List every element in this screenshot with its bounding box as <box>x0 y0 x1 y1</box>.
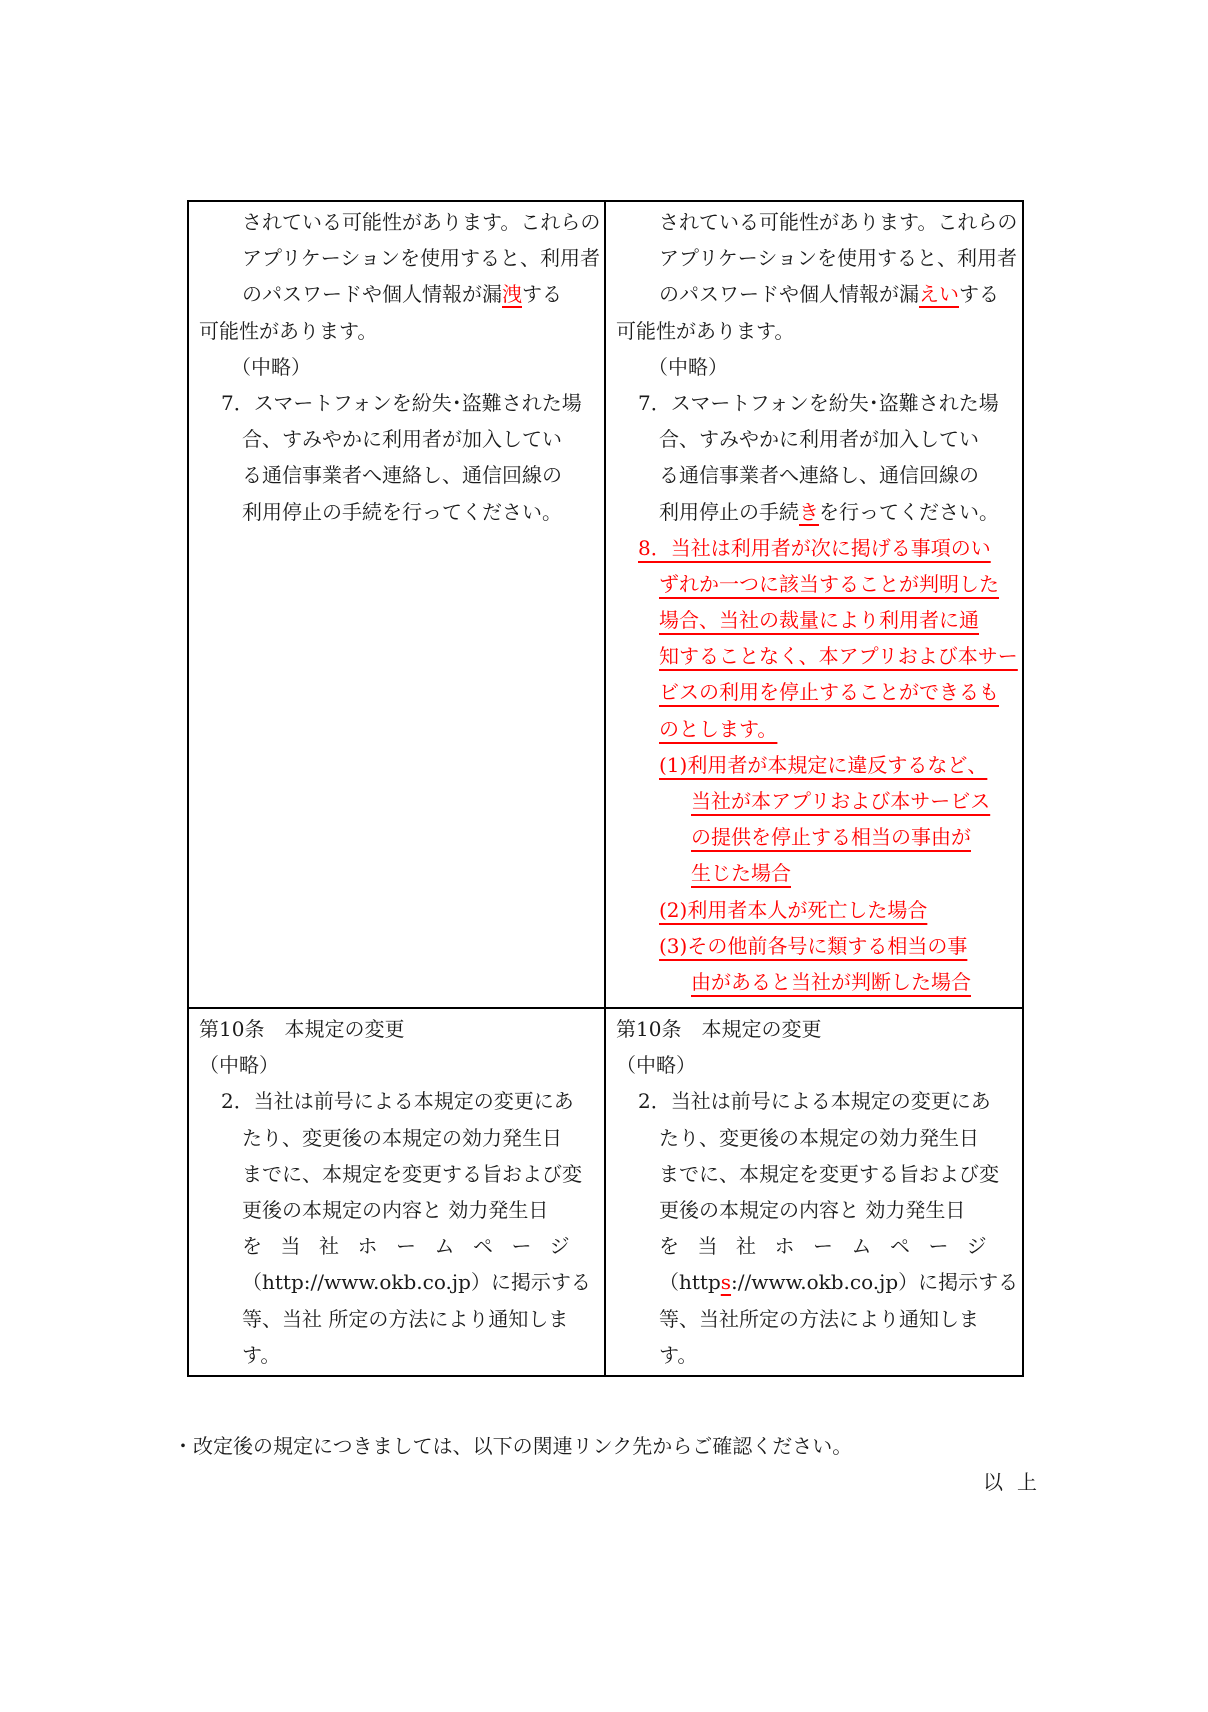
added-text: 8．当社は利用者が次に掲げる事項のい <box>638 536 991 560</box>
added-text: のとします。 <box>659 717 777 741</box>
text-span: （http <box>659 1270 721 1294</box>
table-row: されている可能性があります。これらの アプリケーションを使用すると、利用者 のパ… <box>188 201 1023 1008</box>
text-line: ビスの利用を停止することができるも <box>616 674 1014 710</box>
omitted-note: （中略） <box>616 1047 1014 1083</box>
changed-text: き <box>799 500 819 524</box>
text-line: 知することなく、本アプリおよび本サー <box>616 638 1014 674</box>
sub-item-1-line: (1)利用者が本規定に違反するなど、 <box>616 747 1014 783</box>
text-line: アプリケーションを使用すると、利用者 <box>199 240 596 276</box>
changed-text: s <box>721 1270 731 1294</box>
text-span: （http <box>242 1270 304 1294</box>
comparison-table: されている可能性があります。これらの アプリケーションを使用すると、利用者 のパ… <box>187 200 1024 1377</box>
text-line: アプリケーションを使用すると、利用者 <box>616 240 1014 276</box>
new-text-cell: されている可能性があります。これらの アプリケーションを使用すると、利用者 のパ… <box>605 201 1023 1008</box>
text-line: 可能性があります。 <box>199 313 596 349</box>
text-line: のパスワードや個人情報が漏えいする <box>616 276 1014 312</box>
text-line: す。 <box>199 1337 596 1373</box>
text-line: ずれか一つに該当することが判明した <box>616 566 1014 602</box>
text-line: たり、変更後の本規定の効力発生日 <box>616 1120 1014 1156</box>
item-7-line: 7．スマートフォンを紛失･盗難された場 <box>199 385 596 421</box>
text-line: を当社ホームページ <box>616 1228 1014 1264</box>
text-line: たり、変更後の本規定の効力発生日 <box>199 1120 596 1156</box>
sub-item-2-line: (2)利用者本人が死亡した場合 <box>616 892 1014 928</box>
item-7-line: 7．スマートフォンを紛失･盗難された場 <box>616 385 1014 421</box>
text-line: 可能性があります。 <box>616 313 1014 349</box>
text-line: 生じた場合 <box>616 855 1014 891</box>
added-text: 知することなく、本アプリおよび本サー <box>659 644 1018 668</box>
added-text: ビスの利用を停止することができるも <box>659 680 999 704</box>
omitted-note: （中略） <box>616 349 1014 385</box>
text-line: の提供を停止する相当の事由が <box>616 819 1014 855</box>
article-heading: 第10条 本規定の変更 <box>616 1011 1014 1047</box>
url-line: （http://www.okb.co.jp）に掲示する <box>199 1264 596 1300</box>
omitted-note: （中略） <box>199 1047 596 1083</box>
added-text: 場合、当社の裁量により利用者に通 <box>659 608 979 632</box>
text-line: 更後の本規定の内容と 効力発生日 <box>616 1192 1014 1228</box>
old-text-cell: されている可能性があります。これらの アプリケーションを使用すると、利用者 のパ… <box>188 201 605 1008</box>
text-line: 利用停止の手続を行ってください。 <box>199 494 596 530</box>
text-line: までに、本規定を変更する旨および変 <box>199 1156 596 1192</box>
text-line: 等、当社所定の方法により通知しま <box>616 1301 1014 1337</box>
new-text-cell: 第10条 本規定の変更 （中略） 2．当社は前号による本規定の変更にあ たり、変… <box>605 1008 1023 1376</box>
added-text: (3)その他前各号に類する相当の事 <box>659 934 967 958</box>
text-line: 合、すみやかに利用者が加入してい <box>616 421 1014 457</box>
text-line: 等、当社 所定の方法により通知しま <box>199 1301 596 1337</box>
closing-mark: 以上 <box>983 1466 1051 1495</box>
added-text: 生じた場合 <box>691 861 791 885</box>
sub-item-3-line: (3)その他前各号に類する相当の事 <box>616 928 1014 964</box>
text-span: する <box>959 282 999 306</box>
url-line: （https://www.okb.co.jp）に掲示する <box>616 1264 1014 1300</box>
item-8-line: 8．当社は利用者が次に掲げる事項のい <box>616 530 1014 566</box>
changed-text: 洩 <box>502 282 522 306</box>
item-2-line: 2．当社は前号による本規定の変更にあ <box>199 1083 596 1119</box>
table-row: 第10条 本規定の変更 （中略） 2．当社は前号による本規定の変更にあ たり、変… <box>188 1008 1023 1376</box>
text-line: 更後の本規定の内容と 効力発生日 <box>199 1192 596 1228</box>
text-line: されている可能性があります。これらの <box>199 204 596 240</box>
text-span: を行ってください。 <box>819 500 999 524</box>
text-line: のとします。 <box>616 711 1014 747</box>
document-page: されている可能性があります。これらの アプリケーションを使用すると、利用者 のパ… <box>0 0 1208 1712</box>
text-line: 当社が本アプリおよび本サービス <box>616 783 1014 819</box>
text-line: 利用停止の手続きを行ってください。 <box>616 494 1014 530</box>
text-span: ://www.okb.co.jp）に掲示する <box>304 1270 591 1294</box>
added-text: 由があると当社が判断した場合 <box>691 970 971 994</box>
text-line: までに、本規定を変更する旨および変 <box>616 1156 1014 1192</box>
item-2-line: 2．当社は前号による本規定の変更にあ <box>616 1083 1014 1119</box>
added-text: 当社が本アプリおよび本サービス <box>691 789 990 813</box>
text-line: る通信事業者へ連絡し、通信回線の <box>616 457 1014 493</box>
text-line: を当社ホームページ <box>199 1228 596 1264</box>
added-text: ずれか一つに該当することが判明した <box>659 572 999 596</box>
omitted-note: （中略） <box>199 349 596 385</box>
text-span: ://www.okb.co.jp）に掲示する <box>731 1270 1018 1294</box>
text-line: されている可能性があります。これらの <box>616 204 1014 240</box>
old-text-cell: 第10条 本規定の変更 （中略） 2．当社は前号による本規定の変更にあ たり、変… <box>188 1008 605 1376</box>
changed-text: えい <box>919 282 959 306</box>
footer-note: ・改定後の規定につきましては、以下の関連リンク先からご確認ください。 <box>173 1430 852 1459</box>
text-span: のパスワードや個人情報が漏 <box>659 282 919 306</box>
added-text: (2)利用者本人が死亡した場合 <box>659 898 927 922</box>
text-line: る通信事業者へ連絡し、通信回線の <box>199 457 596 493</box>
added-text: の提供を停止する相当の事由が <box>691 825 971 849</box>
text-span: のパスワードや個人情報が漏 <box>242 282 502 306</box>
text-span: する <box>522 282 562 306</box>
text-line: 場合、当社の裁量により利用者に通 <box>616 602 1014 638</box>
added-text: (1)利用者が本規定に違反するなど、 <box>659 753 987 777</box>
text-line: 合、すみやかに利用者が加入してい <box>199 421 596 457</box>
article-heading: 第10条 本規定の変更 <box>199 1011 596 1047</box>
text-line: 由があると当社が判断した場合 <box>616 964 1014 1000</box>
text-line: のパスワードや個人情報が漏洩する <box>199 276 596 312</box>
text-line: す。 <box>616 1337 1014 1373</box>
text-span: 利用停止の手続 <box>659 500 799 524</box>
